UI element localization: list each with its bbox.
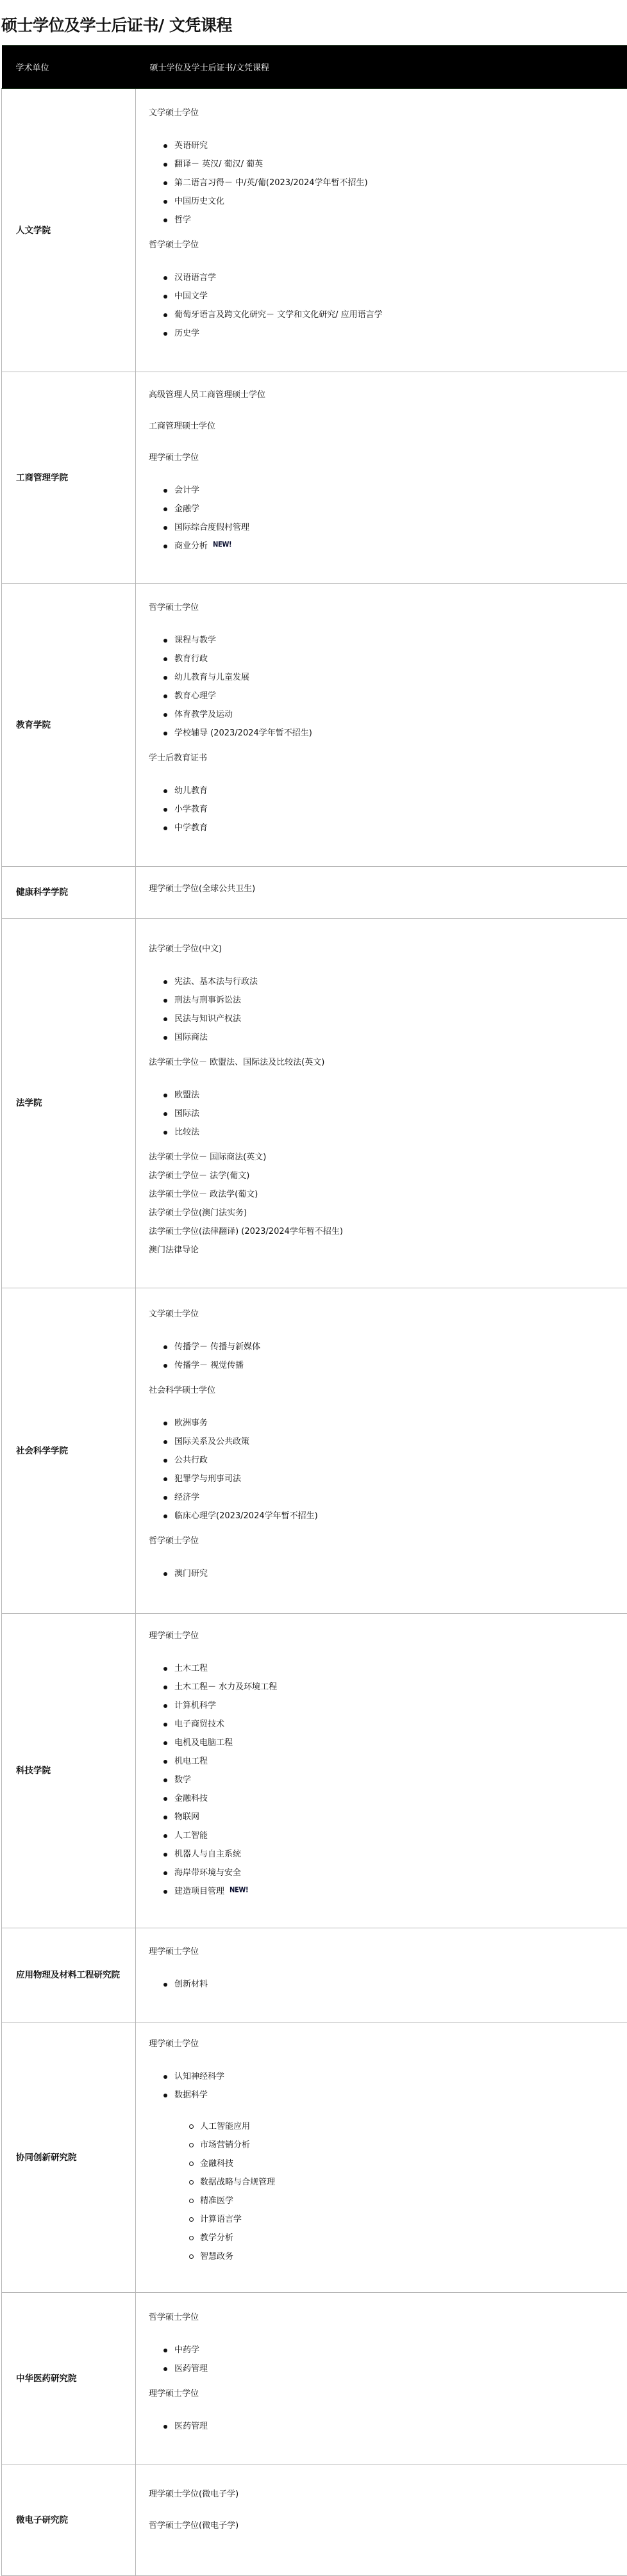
major-item[interactable]: 中药学 bbox=[174, 2341, 614, 2359]
sub-major-list: 人工智能应用 市场营销分析 金融科技 数据战略与合规管理 精准医学 计算语言学 … bbox=[174, 2117, 614, 2266]
major-label[interactable]: 建造项目管理 bbox=[174, 1887, 224, 1896]
major-item[interactable]: 金融学 bbox=[174, 500, 614, 518]
table-row: 微电子研究院 理学硕士学位(微电子学) 哲学硕士学位(微电子学) bbox=[2, 2465, 627, 2576]
table-row: 中华医药研究院 哲学硕士学位 中药学 医药管理 理学硕士学位 医药管理 bbox=[2, 2293, 627, 2465]
programme-line[interactable]: 法学硕士学位－ 政法学(葡文) bbox=[149, 1185, 614, 1204]
column-header-unit: 学术单位 bbox=[2, 45, 136, 89]
major-item[interactable]: 国际商法 bbox=[174, 1028, 614, 1047]
degree-title: 文学硕士学位 bbox=[149, 104, 614, 122]
major-item[interactable]: 英语研究 bbox=[174, 136, 614, 155]
sub-major-item[interactable]: 智慧政务 bbox=[200, 2247, 614, 2266]
programmes-cell: 法学硕士学位(中文) 宪法、基本法与行政法 刑法与刑事诉讼法 民法与知识产权法 … bbox=[136, 919, 627, 1288]
degree-title[interactable]: 哲学硕士学位(微电子学) bbox=[149, 2516, 614, 2535]
programmes-cell: 哲学硕士学位 中药学 医药管理 理学硕士学位 医药管理 bbox=[136, 2293, 627, 2465]
table-row: 教育学院 哲学硕士学位 课程与教学 教育行政 幼儿教育与儿童发展 教育心理学 体… bbox=[2, 584, 627, 867]
major-item[interactable]: 机电工程 bbox=[174, 1752, 614, 1771]
major-item[interactable]: 中学教育 bbox=[174, 819, 614, 837]
programmes-cell: 理学硕士学位 土木工程 土木工程－ 水力及环境工程 计算机科学 电子商贸技术 电… bbox=[136, 1614, 627, 1928]
page-title: 硕士学位及学士后证书/ 文凭课程 bbox=[0, 0, 627, 45]
degree-title: 理学硕士学位 bbox=[149, 1627, 614, 1645]
new-badge: NEW! bbox=[230, 1886, 248, 1895]
major-item[interactable]: 人工智能 bbox=[174, 1826, 614, 1845]
degree-title: 法学硕士学位－ 欧盟法、国际法及比较法(英文) bbox=[149, 1053, 614, 1072]
major-item[interactable]: 电子商贸技术 bbox=[174, 1715, 614, 1734]
table-row: 人文学院 文学硕士学位 英语研究 翻译－ 英汉/ 葡汉/ 葡英 第二语言习得－ … bbox=[2, 89, 627, 372]
major-item[interactable]: 欧盟法 bbox=[174, 1086, 614, 1104]
programmes-cell: 高级管理人员工商管理硕士学位 工商管理硕士学位 理学硕士学位 会计学 金融学 国… bbox=[136, 372, 627, 584]
major-item[interactable]: 国际关系及公共政策 bbox=[174, 1432, 614, 1451]
degree-title: 哲学硕士学位 bbox=[149, 236, 614, 254]
unit-name: 工商管理学院 bbox=[2, 372, 136, 584]
major-item[interactable]: 创新材料 bbox=[174, 1975, 614, 1994]
degree-title: 理学硕士学位 bbox=[149, 2035, 614, 2053]
programme-line[interactable]: 法学硕士学位－ 国际商法(英文) bbox=[149, 1148, 614, 1167]
major-item[interactable]: 医药管理 bbox=[174, 2359, 614, 2378]
table-row: 应用物理及材料工程研究院 理学硕士学位 创新材料 bbox=[2, 1928, 627, 2022]
degree-title: 哲学硕士学位 bbox=[149, 598, 614, 617]
programmes-cell: 文学硕士学位 英语研究 翻译－ 英汉/ 葡汉/ 葡英 第二语言习得－ 中/英/葡… bbox=[136, 89, 627, 372]
degree-title: 理学硕士学位 bbox=[149, 448, 614, 467]
unit-name: 人文学院 bbox=[2, 89, 136, 372]
major-list: 宪法、基本法与行政法 刑法与刑事诉讼法 民法与知识产权法 国际商法 bbox=[149, 972, 614, 1047]
table-row: 工商管理学院 高级管理人员工商管理硕士学位 工商管理硕士学位 理学硕士学位 会计… bbox=[2, 372, 627, 584]
major-item: 数据科学 人工智能应用 市场营销分析 金融科技 数据战略与合规管理 精准医学 计… bbox=[174, 2086, 614, 2266]
major-item[interactable]: 机器人与自主系统 bbox=[174, 1845, 614, 1864]
major-item[interactable]: 建造项目管理NEW! bbox=[174, 1882, 614, 1901]
programmes-cell: 文学硕士学位 传播学－ 传播与新媒体 传播学－ 视觉传播 社会科学硕士学位 欧洲… bbox=[136, 1288, 627, 1614]
major-list: 英语研究 翻译－ 英汉/ 葡汉/ 葡英 第二语言习得－ 中/英/葡(2023/2… bbox=[149, 136, 614, 229]
major-item[interactable]: 会计学 bbox=[174, 481, 614, 500]
major-item[interactable]: 体育教学及运动 bbox=[174, 705, 614, 724]
major-item[interactable]: 土木工程 bbox=[174, 1659, 614, 1678]
column-header-programmes: 硕士学位及学士后证书/文凭课程 bbox=[136, 45, 627, 89]
degree-title: 社会科学硕士学位 bbox=[149, 1381, 614, 1400]
major-item[interactable]: 金融科技 bbox=[174, 1789, 614, 1808]
unit-name: 教育学院 bbox=[2, 584, 136, 867]
major-list: 欧洲事务 国际关系及公共政策 公共行政 犯罪学与刑事司法 经济学 临床心理学(2… bbox=[149, 1414, 614, 1525]
major-item[interactable]: 刑法与刑事诉讼法 bbox=[174, 991, 614, 1010]
major-item[interactable]: 中国历史文化 bbox=[174, 192, 614, 211]
degree-title[interactable]: 理学硕士学位(微电子学) bbox=[149, 2485, 614, 2504]
programmes-cell: 哲学硕士学位 课程与教学 教育行政 幼儿教育与儿童发展 教育心理学 体育教学及运… bbox=[136, 584, 627, 867]
unit-name: 社会科学学院 bbox=[2, 1288, 136, 1614]
major-item[interactable]: 幼儿教育 bbox=[174, 782, 614, 800]
major-item[interactable]: 传播学－ 视觉传播 bbox=[174, 1356, 614, 1375]
major-list: 土木工程 土木工程－ 水力及环境工程 计算机科学 电子商贸技术 电机及电脑工程 … bbox=[149, 1659, 614, 1901]
degree-title[interactable]: 理学硕士学位(全球公共卫生) bbox=[149, 880, 614, 898]
degree-title: 哲学硕士学位 bbox=[149, 2308, 614, 2327]
sub-major-item[interactable]: 精准医学 bbox=[200, 2192, 614, 2210]
degree-title[interactable]: 工商管理硕士学位 bbox=[149, 417, 614, 436]
major-list: 医药管理 bbox=[149, 2417, 614, 2436]
major-item[interactable]: 公共行政 bbox=[174, 1451, 614, 1470]
major-item[interactable]: 中国文学 bbox=[174, 287, 614, 306]
table-row: 法学院 法学硕士学位(中文) 宪法、基本法与行政法 刑法与刑事诉讼法 民法与知识… bbox=[2, 919, 627, 1288]
unit-name: 应用物理及材料工程研究院 bbox=[2, 1928, 136, 2022]
table-row: 社会科学学院 文学硕士学位 传播学－ 传播与新媒体 传播学－ 视觉传播 社会科学… bbox=[2, 1288, 627, 1614]
major-list: 创新材料 bbox=[149, 1975, 614, 1994]
programme-line[interactable]: 法学硕士学位(法律翻译) (2023/2024学年暂不招生) bbox=[149, 1222, 614, 1241]
major-item[interactable]: 国际综合度假村管理 bbox=[174, 518, 614, 537]
major-item[interactable]: 临床心理学(2023/2024学年暂不招生) bbox=[174, 1507, 614, 1525]
major-item[interactable]: 经济学 bbox=[174, 1488, 614, 1507]
major-item[interactable]: 海岸带环境与安全 bbox=[174, 1864, 614, 1882]
major-item[interactable]: 电机及电脑工程 bbox=[174, 1734, 614, 1752]
programmes-table: 学术单位 硕士学位及学士后证书/文凭课程 人文学院 文学硕士学位 英语研究 翻译… bbox=[1, 45, 627, 2576]
major-item[interactable]: 哲学 bbox=[174, 211, 614, 229]
major-item[interactable]: 历史学 bbox=[174, 324, 614, 343]
major-item[interactable]: 医药管理 bbox=[174, 2417, 614, 2436]
major-item[interactable]: 教育心理学 bbox=[174, 687, 614, 705]
major-item[interactable]: 课程与教学 bbox=[174, 631, 614, 650]
sub-major-item[interactable]: 市场营销分析 bbox=[200, 2136, 614, 2154]
major-item[interactable]: 学校辅导 (2023/2024学年暂不招生) bbox=[174, 724, 614, 742]
table-row: 科技学院 理学硕士学位 土木工程 土木工程－ 水力及环境工程 计算机科学 电子商… bbox=[2, 1614, 627, 1928]
major-list: 传播学－ 传播与新媒体 传播学－ 视觉传播 bbox=[149, 1338, 614, 1375]
major-item[interactable]: 欧洲事务 bbox=[174, 1414, 614, 1432]
major-label[interactable]: 数据科学 bbox=[174, 2090, 208, 2100]
major-item[interactable]: 物联网 bbox=[174, 1808, 614, 1826]
sub-major-item[interactable]: 数据战略与合规管理 bbox=[200, 2173, 614, 2192]
major-item[interactable]: 小学教育 bbox=[174, 800, 614, 819]
major-item[interactable]: 比较法 bbox=[174, 1123, 614, 1142]
sub-major-item[interactable]: 人工智能应用 bbox=[200, 2117, 614, 2136]
unit-name: 法学院 bbox=[2, 919, 136, 1288]
major-list: 会计学 金融学 国际综合度假村管理 商业分析NEW! bbox=[149, 481, 614, 555]
degree-title[interactable]: 高级管理人员工商管理硕士学位 bbox=[149, 386, 614, 404]
major-list: 澳门研究 bbox=[149, 1564, 614, 1583]
major-item[interactable]: 葡萄牙语言及跨文化研究－ 文学和文化研究/ 应用语言学 bbox=[174, 306, 614, 324]
sub-major-item[interactable]: 计算语言学 bbox=[200, 2210, 614, 2229]
programme-line[interactable]: 澳门法律导论 bbox=[149, 1241, 614, 1259]
major-item[interactable]: 土木工程－ 水力及环境工程 bbox=[174, 1678, 614, 1696]
unit-name: 健康科学学院 bbox=[2, 867, 136, 919]
major-item[interactable]: 数学 bbox=[174, 1771, 614, 1789]
major-item[interactable]: 民法与知识产权法 bbox=[174, 1010, 614, 1028]
new-badge: NEW! bbox=[213, 541, 231, 550]
unit-name: 中华医药研究院 bbox=[2, 2293, 136, 2465]
major-list: 认知神经科学 数据科学 人工智能应用 市场营销分析 金融科技 数据战略与合规管理… bbox=[149, 2067, 614, 2266]
degree-title: 哲学硕士学位 bbox=[149, 1532, 614, 1550]
programme-line[interactable]: 法学硕士学位－ 法学(葡文) bbox=[149, 1167, 614, 1185]
major-item[interactable]: 幼儿教育与儿童发展 bbox=[174, 668, 614, 687]
degree-title: 理学硕士学位 bbox=[149, 1942, 614, 1961]
programmes-cell: 理学硕士学位(微电子学) 哲学硕士学位(微电子学) bbox=[136, 2465, 627, 2576]
table-row: 协同创新研究院 理学硕士学位 认知神经科学 数据科学 人工智能应用 市场营销分析… bbox=[2, 2022, 627, 2293]
major-list: 幼儿教育 小学教育 中学教育 bbox=[149, 782, 614, 837]
sub-major-item[interactable]: 金融科技 bbox=[200, 2154, 614, 2173]
major-item[interactable]: 商业分析NEW! bbox=[174, 537, 614, 555]
degree-title: 法学硕士学位(中文) bbox=[149, 940, 614, 958]
unit-name: 微电子研究院 bbox=[2, 2465, 136, 2576]
unit-name: 协同创新研究院 bbox=[2, 2022, 136, 2293]
major-item[interactable]: 计算机科学 bbox=[174, 1696, 614, 1715]
degree-title: 文学硕士学位 bbox=[149, 1305, 614, 1324]
table-header-row: 学术单位 硕士学位及学士后证书/文凭课程 bbox=[2, 45, 627, 89]
programmes-cell: 理学硕士学位 创新材料 bbox=[136, 1928, 627, 2022]
sub-major-item[interactable]: 教学分析 bbox=[200, 2229, 614, 2247]
table-row: 健康科学学院 理学硕士学位(全球公共卫生) bbox=[2, 867, 627, 919]
degree-title: 理学硕士学位 bbox=[149, 2384, 614, 2403]
unit-name: 科技学院 bbox=[2, 1614, 136, 1928]
major-item[interactable]: 认知神经科学 bbox=[174, 2067, 614, 2086]
major-item[interactable]: 澳门研究 bbox=[174, 1564, 614, 1583]
major-item[interactable]: 汉语语言学 bbox=[174, 268, 614, 287]
programme-line[interactable]: 法学硕士学位(澳门法实务) bbox=[149, 1204, 614, 1222]
major-list: 汉语语言学 中国文学 葡萄牙语言及跨文化研究－ 文学和文化研究/ 应用语言学 历… bbox=[149, 268, 614, 343]
major-item[interactable]: 翻译－ 英汉/ 葡汉/ 葡英 bbox=[174, 155, 614, 174]
major-item[interactable]: 国际法 bbox=[174, 1104, 614, 1123]
major-item[interactable]: 宪法、基本法与行政法 bbox=[174, 972, 614, 991]
major-item[interactable]: 传播学－ 传播与新媒体 bbox=[174, 1338, 614, 1356]
major-list: 中药学 医药管理 bbox=[149, 2341, 614, 2378]
major-item[interactable]: 教育行政 bbox=[174, 650, 614, 668]
major-list: 欧盟法 国际法 比较法 bbox=[149, 1086, 614, 1142]
degree-title: 学士后教育证书 bbox=[149, 749, 614, 767]
programmes-cell: 理学硕士学位(全球公共卫生) bbox=[136, 867, 627, 919]
major-item[interactable]: 第二语言习得－ 中/英/葡(2023/2024学年暂不招生) bbox=[174, 174, 614, 192]
major-item[interactable]: 犯罪学与刑事司法 bbox=[174, 1470, 614, 1488]
major-list: 课程与教学 教育行政 幼儿教育与儿童发展 教育心理学 体育教学及运动 学校辅导 … bbox=[149, 631, 614, 742]
major-label[interactable]: 商业分析 bbox=[174, 541, 208, 551]
programmes-cell: 理学硕士学位 认知神经科学 数据科学 人工智能应用 市场营销分析 金融科技 数据… bbox=[136, 2022, 627, 2293]
